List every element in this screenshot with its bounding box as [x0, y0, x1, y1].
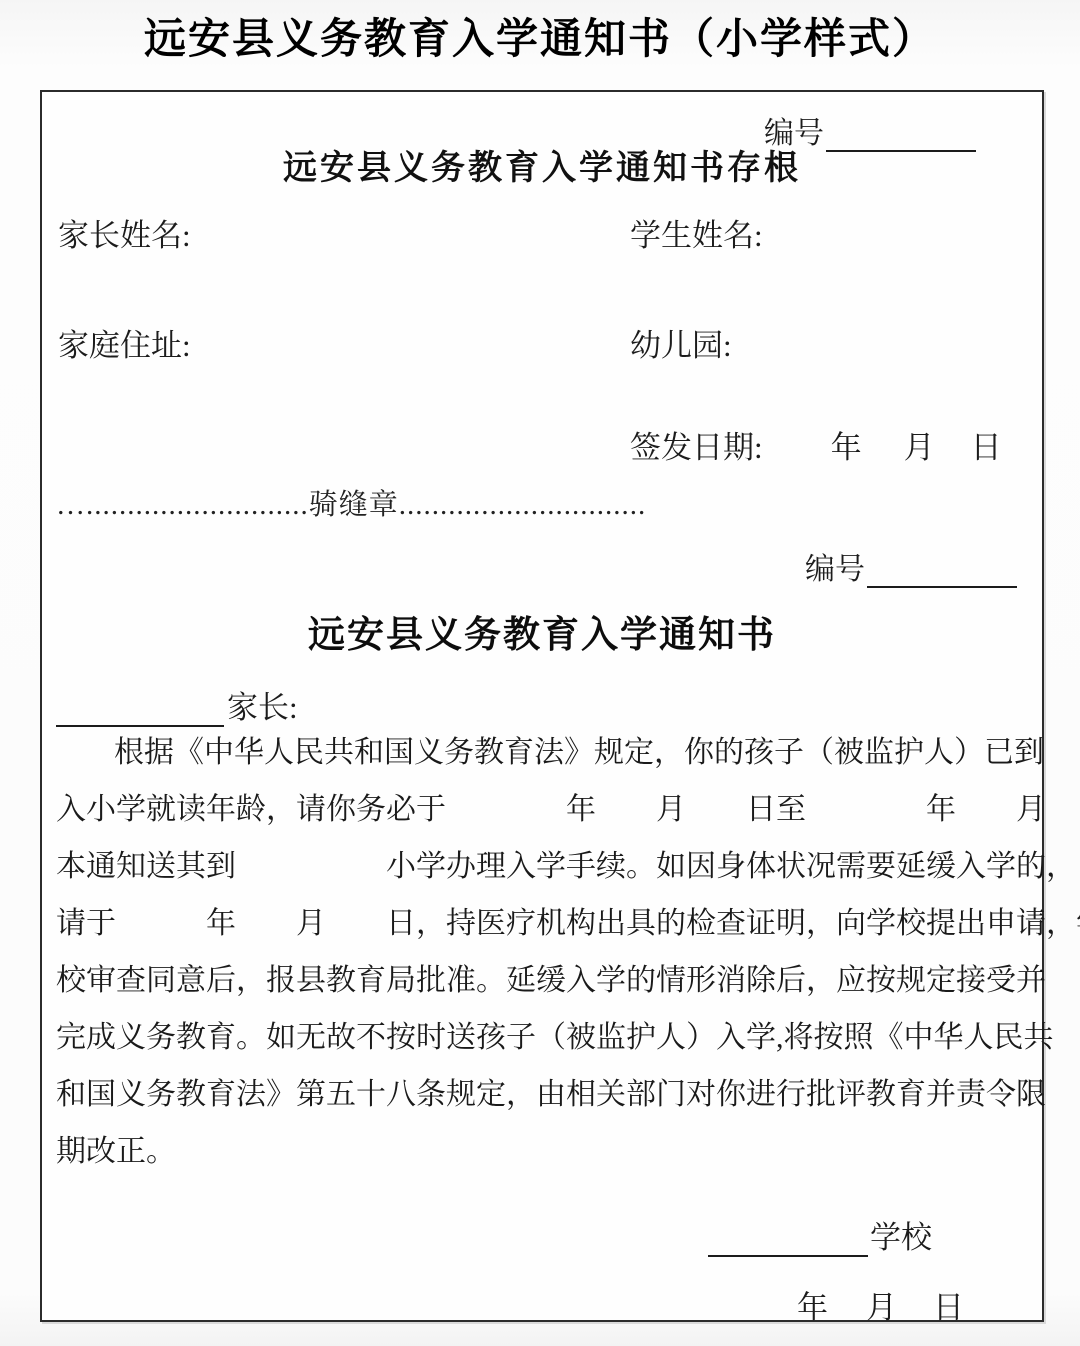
document-page: 远安县义务教育入学通知书（小学样式） 编号 远安县义务教育入学通知书存根 家长姓… [0, 0, 1080, 1346]
notice-serial-row: 编号 [805, 544, 1017, 588]
salutation-label: 家长: [227, 690, 298, 725]
student-name-field-label: 学生姓名: [630, 210, 763, 255]
issue-date-month-label: 月 [904, 430, 935, 465]
body-line: 期改正。 [56, 1123, 1030, 1180]
notice-serial-label: 编号 [805, 553, 865, 586]
signature-month-label: 月 [866, 1290, 897, 1325]
signature-date-row: 年月日 [797, 1282, 964, 1327]
body-line: 入小学就读年龄，请你务必于 年 月 日至 年 月 日持 [56, 781, 1030, 838]
notice-form-box: 编号 远安县义务教育入学通知书存根 家长姓名: 学生姓名: 家庭住址: 幼儿园:… [40, 90, 1044, 1322]
salutation-row: 家长: [56, 682, 298, 727]
perforation-seal-line: …...........................骑缝章.........… [56, 482, 646, 523]
home-address-field-label: 家庭住址: [58, 320, 191, 365]
body-line: 和国义务教育法》第五十八条规定，由相关部门对你进行批评教育并责令限 [56, 1066, 1030, 1123]
body-line: 校审查同意后，报县教育局批准。延缓入学的情形消除后，应按规定接受并 [56, 952, 1030, 1009]
school-label: 学校 [870, 1220, 932, 1255]
page-title: 远安县义务教育入学通知书（小学样式） [0, 6, 1080, 66]
school-name-blank [708, 1221, 868, 1257]
stub-title: 远安县义务教育入学通知书存根 [42, 140, 1042, 189]
body-line: 请于 年 月 日，持医疗机构出具的检查证明，向学校提出申请，学 [56, 895, 1030, 952]
signature-year-label: 年 [797, 1290, 828, 1325]
notice-serial-blank [867, 554, 1017, 588]
signature-day-label: 日 [933, 1290, 964, 1325]
kindergarten-field-label: 幼儿园: [630, 320, 732, 365]
notice-title: 远安县义务教育入学通知书 [42, 604, 1042, 658]
body-line: 完成义务教育。如无故不按时送孩子（被监护人）入学,将按照《中华人民共 [56, 1009, 1030, 1066]
notice-body: 根据《中华人民共和国义务教育法》规定，你的孩子（被监护人）已到 入小学就读年龄，… [56, 724, 1030, 1180]
stub-issue-date-row: 签发日期:年月日 [630, 422, 1002, 467]
body-line: 根据《中华人民共和国义务教育法》规定，你的孩子（被监护人）已到 [56, 724, 1030, 781]
parent-name-blank [56, 691, 224, 727]
body-line: 本通知送其到 小学办理入学手续。如因身体状况需要延缓入学的， [56, 838, 1030, 895]
issue-date-year-label: 年 [831, 430, 862, 465]
school-signature-row: 学校 [708, 1212, 932, 1257]
issue-date-label: 签发日期: [630, 430, 763, 465]
issue-date-day-label: 日 [971, 430, 1002, 465]
parent-name-field-label: 家长姓名: [58, 210, 191, 255]
